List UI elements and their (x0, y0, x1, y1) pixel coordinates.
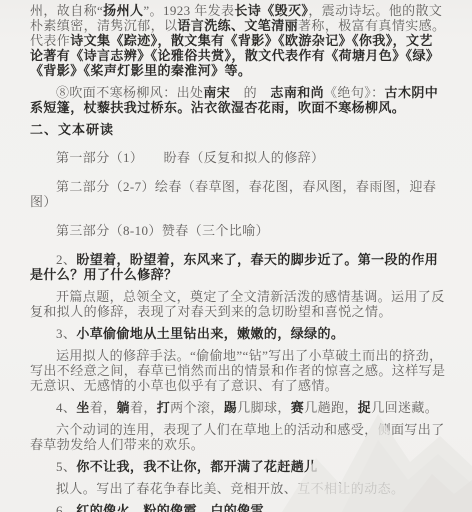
section-heading-text-study: 二、文本研读 (30, 122, 446, 137)
question-4: 4、坐着，躺着，打两个滚，踢几脚球，赛几趟跑，捉几回迷藏。 (30, 400, 446, 415)
text-run: 开篇点题，总领全文，奠定了全文清新活泼的感情基调。运用了反复和拟人的修辞，表现了… (30, 289, 445, 319)
text-run: ⑧吹面不寒杨柳风：出处 (56, 85, 203, 100)
text-run: 六个动词的连用，表现了人们在草地上的活动和感受，侧面写出了春草勃发给人们带来的欢… (30, 422, 445, 452)
bold-text-run: 赛 (291, 400, 304, 415)
text-run: 6、 (56, 503, 76, 512)
answer-4: 六个动词的连用，表现了人们在草地上的活动和感受，侧面写出了春草勃发给人们带来的欢… (30, 422, 446, 452)
text-run: 州，故自称“ (30, 3, 103, 18)
text-run: 2、 (56, 252, 76, 267)
bold-text-run: 盼望着，盼望着，东风来了，春天的脚步近了。第一段的作用是什么？用了什么修辞？ (30, 252, 438, 282)
bold-text-run: 南宋 (203, 85, 230, 100)
document-content: 州，故自称“扬州人”。1923 年发表长诗《毁灭》，震动诗坛。他的散文朴素缜密，… (30, 3, 446, 512)
bold-text-run: 扬州人 (103, 3, 143, 18)
bold-text-run: 小草偷偷地从土里钻出来，嫩嫩的，绿绿的。 (76, 326, 344, 341)
text-run: 两个滚， (170, 400, 224, 415)
text-run: 几脚球， (237, 400, 291, 415)
part-3-summary: 第三部分（8-10）赞春（三个比喻） (30, 223, 446, 238)
question-2: 2、盼望着，盼望着，东风来了，春天的脚步近了。第一段的作用是什么？用了什么修辞？ (30, 252, 446, 282)
answer-3: 运用拟人的修辞手法。“偷偷地”“钻”写出了小草破土而出的挤劲，写出不经意之间，春… (30, 348, 446, 393)
text-run: 第一部分（1） 盼春（反复和拟人的修辞） (56, 150, 324, 165)
bold-text-run: 二、文本研读 (30, 122, 114, 137)
text-run: 几趟跑， (304, 400, 358, 415)
bold-text-run: 踢 (224, 400, 237, 415)
text-run: 的 (230, 85, 270, 100)
question-6: 6、红的像火，粉的像霞，白的像雪 (30, 503, 446, 512)
text-run: 4、 (56, 400, 76, 415)
text-run: 着， (130, 400, 157, 415)
question-5: 5、你不让我，我不让你，都开满了花赶趟儿 (30, 459, 446, 474)
text-run: 《绝句》： (324, 85, 385, 100)
bold-text-run: 红的像火，粉的像霞，白的像雪 (76, 503, 264, 512)
text-run: 几回迷藏。 (371, 400, 438, 415)
document-page: 州，故自称“扬州人”。1923 年发表长诗《毁灭》，震动诗坛。他的散文朴素缜密，… (0, 0, 472, 512)
text-run: 第二部分（2-7）绘春（春草图，春花图，春风图，春雨图，迎春图） (30, 179, 436, 209)
bold-text-run: 坐 (76, 400, 89, 415)
author-intro-paragraph: 州，故自称“扬州人”。1923 年发表长诗《毁灭》，震动诗坛。他的散文朴素缜密，… (30, 3, 446, 78)
answer-2: 开篇点题，总领全文，奠定了全文清新活泼的感情基调。运用了反复和拟人的修辞，表现了… (30, 289, 446, 319)
text-run: ”。1923 年发表 (143, 3, 234, 18)
bold-text-run: 你不让我，我不让你，都开满了花赶趟儿 (76, 459, 317, 474)
text-run: 运用拟人的修辞手法。“偷偷地”“钻”写出了小草破土而出的挤劲，写出不经意之间，春… (30, 348, 445, 393)
text-run: 拟人。写出了春花争春比美、竞相开放、互不相让的动态。 (56, 481, 404, 496)
note-8-paragraph: ⑧吹面不寒杨柳风：出处南宋 的 志南和尚《绝句》：古木阴中系短篷，杖藜扶我过桥东… (30, 85, 446, 115)
bold-text-run: 捉 (358, 400, 371, 415)
bold-text-run: 语言洗练、文笔清丽 (177, 18, 298, 33)
bold-text-run: 打 (157, 400, 170, 415)
text-run: 3、 (56, 326, 76, 341)
bold-text-run: 志南和尚 (270, 85, 324, 100)
bold-text-run: 长诗《毁灭》 (234, 3, 308, 18)
part-2-summary: 第二部分（2-7）绘春（春草图，春花图，春风图，春雨图，迎春图） (30, 179, 446, 209)
part-1-summary: 第一部分（1） 盼春（反复和拟人的修辞） (30, 150, 446, 165)
text-run: 第三部分（8-10）赞春（三个比喻） (56, 223, 269, 238)
bold-text-run: 躺 (117, 400, 130, 415)
text-run: 着， (90, 400, 117, 415)
text-run: 5、 (56, 459, 76, 474)
question-3: 3、小草偷偷地从土里钻出来，嫩嫩的，绿绿的。 (30, 326, 446, 341)
bold-text-run: 诗文集《踪迹》，散文集有《背影》《欧游杂记》《你我》，文艺论著有《诗言志辨》《论… (30, 33, 439, 78)
answer-5: 拟人。写出了春花争春比美、竞相开放、互不相让的动态。 (30, 481, 446, 496)
